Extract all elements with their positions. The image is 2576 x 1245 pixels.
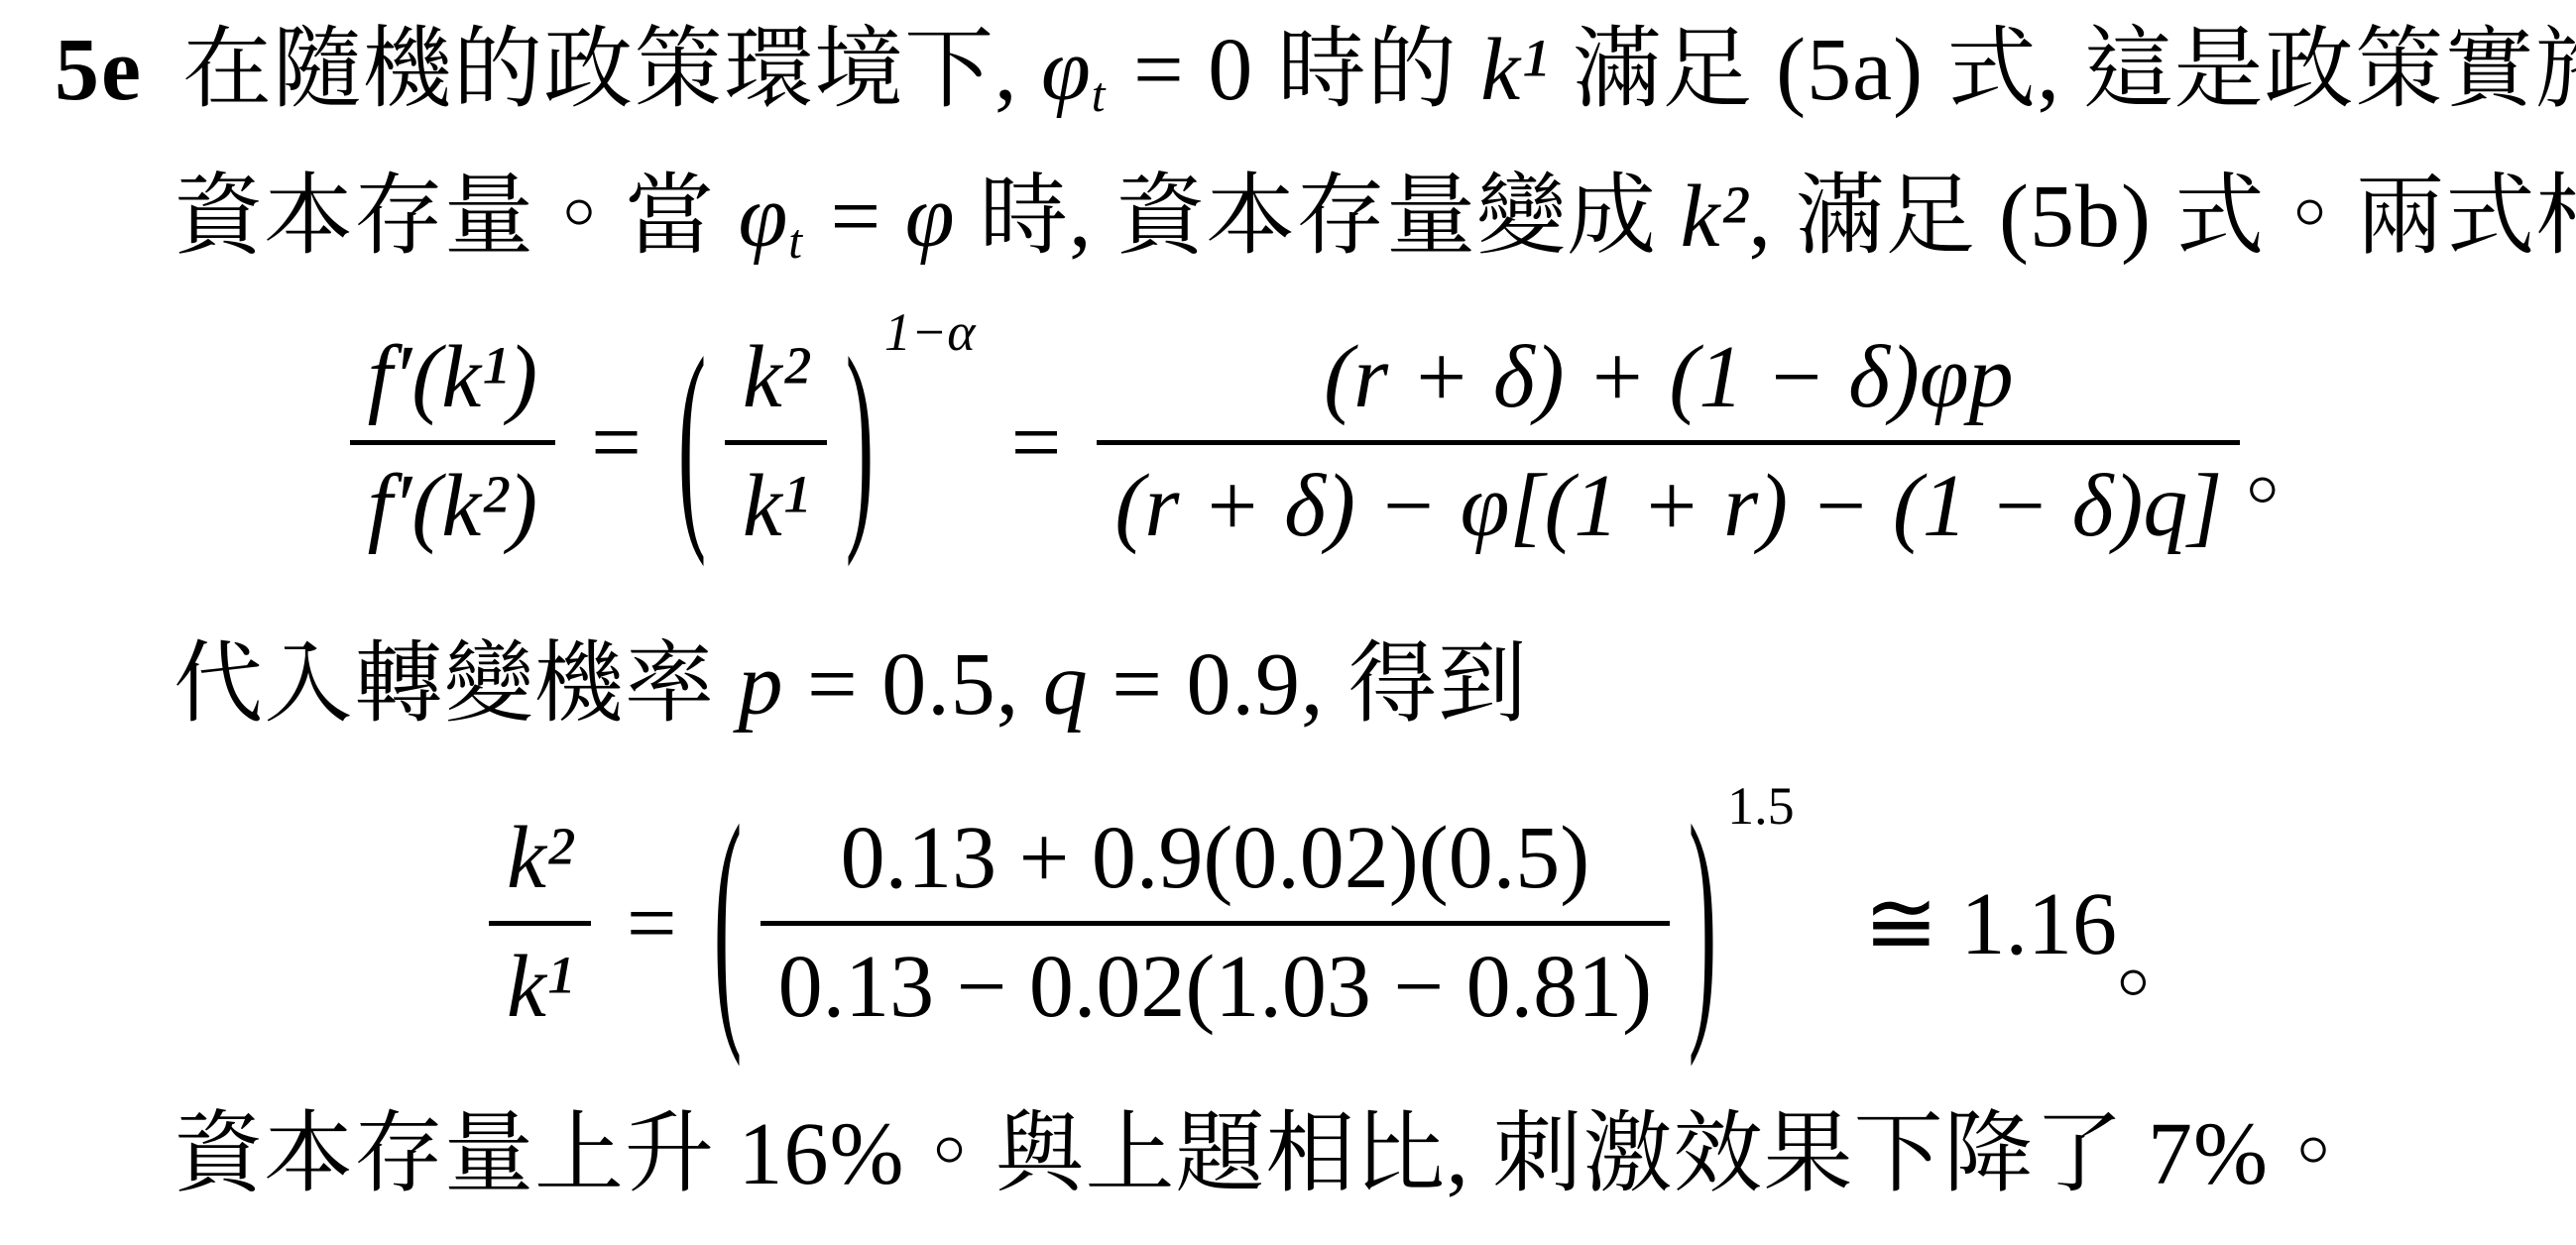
math-phi-bar: φ <box>905 168 956 266</box>
text-segment: 代入轉變機率 <box>174 635 739 734</box>
right-paren: ) <box>1689 789 1716 1057</box>
fraction-numeric: 0.13 + 0.9(0.02)(0.5)0.13 − 0.02(1.03 − … <box>761 809 1670 1038</box>
numerator: f′(k¹) <box>350 328 556 440</box>
fraction-policy-expression: (r + δ) + (1 − δ)φp(r + δ) − φ[(1 + r) −… <box>1097 328 2240 557</box>
equation-marginal-product-ratio: f′(k¹)f′(k²) = ( k²k¹ ) 1−α = (r + δ) + … <box>0 307 2576 577</box>
fraction-f-prime: f′(k¹)f′(k²) <box>350 328 556 557</box>
math-q: q <box>1043 635 1089 734</box>
cjk-period: 。 <box>2246 392 2335 520</box>
text-segment: 資本存量。當 <box>174 168 739 266</box>
equals-sign: = <box>627 872 677 974</box>
math-phi: φ <box>1041 21 1092 119</box>
text-segment: , 滿足 (5b) 式。兩式相除, <box>1749 168 2576 266</box>
solution-page: 5e在隨機的政策環境下, φt = 0 時的 k¹ 滿足 (5a) 式, 這是政… <box>0 0 2576 1245</box>
text-segment: = 0.9, <box>1089 635 1347 734</box>
fraction-k-ratio: k²k¹ <box>489 809 591 1038</box>
denominator: f′(k²) <box>350 440 556 557</box>
text-segment: 得到 <box>1347 635 1528 734</box>
text-segment: = 0.5, <box>784 635 1043 734</box>
denominator: (r + δ) − φ[(1 + r) − (1 − δ)q] <box>1097 440 2240 557</box>
math-p: p <box>739 635 784 734</box>
text-segment: = <box>807 168 905 266</box>
numerator: k² <box>489 809 591 921</box>
math-phi-subscript: t <box>1092 67 1107 122</box>
math-phi-subscript: t <box>788 214 803 269</box>
left-paren: ( <box>713 789 741 1057</box>
numerator: (r + δ) + (1 − δ)φp <box>1306 328 2032 440</box>
left-paren: ( <box>678 326 706 558</box>
text-segment: 時, 資本存量變成 <box>956 168 1681 266</box>
paragraph-line-1: 5e在隨機的政策環境下, φt = 0 時的 k¹ 滿足 (5a) 式, 這是政… <box>55 12 2576 154</box>
right-paren: ) <box>846 326 874 558</box>
math-k1: k¹ <box>1480 21 1549 119</box>
numerator: k² <box>725 328 827 440</box>
text-segment: 資本存量上升 16%。與上題相比, 刺激效果下降了 7%。 <box>174 1105 2359 1203</box>
text-segment: 在隨機的政策環境下, <box>182 21 1041 119</box>
denominator: k¹ <box>489 921 591 1038</box>
approx-result: ≅ 1.16 <box>1864 871 2117 975</box>
exponent-1-5: 1.5 <box>1727 775 1795 837</box>
fraction-k-ratio: k²k¹ <box>725 328 827 557</box>
equation-numeric-result: k²k¹ = ( 0.13 + 0.9(0.02)(0.5)0.13 − 0.0… <box>0 781 2576 1065</box>
denominator: k¹ <box>725 440 827 557</box>
cjk-period: 。 <box>2117 884 2206 1013</box>
exponent-one-minus-alpha: 1−α <box>884 301 976 363</box>
equals-sign: = <box>1011 392 1062 494</box>
text-segment: = 0 時的 <box>1110 21 1480 119</box>
denominator: 0.13 − 0.02(1.03 − 0.81) <box>761 921 1670 1038</box>
paragraph-line-2: 資本存量。當 φt = φ 時, 資本存量變成 k², 滿足 (5b) 式。兩式… <box>174 159 2576 300</box>
paragraph-line-4: 資本存量上升 16%。與上題相比, 刺激效果下降了 7%。 <box>174 1096 2359 1213</box>
text-segment: 滿足 (5a) 式, 這是政策實施前的 <box>1549 21 2576 119</box>
paragraph-line-3: 代入轉變機率 p = 0.5, q = 0.9, 得到 <box>174 626 1528 743</box>
math-k2: k² <box>1681 168 1749 266</box>
equals-sign: = <box>591 392 642 494</box>
math-phi: φ <box>739 168 789 266</box>
problem-label: 5e <box>55 21 143 119</box>
numerator: 0.13 + 0.9(0.02)(0.5) <box>823 809 1608 921</box>
